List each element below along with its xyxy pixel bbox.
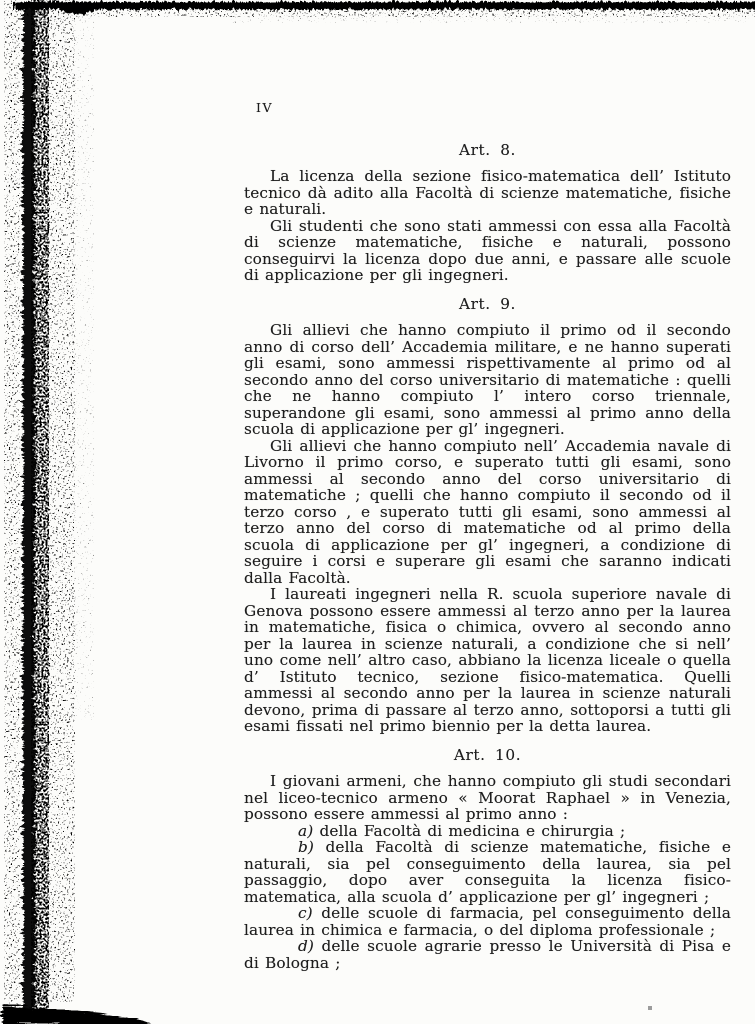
page-text-block: IV Art. 8. La licenza della sezione fisi… — [244, 100, 731, 971]
list-text-d: delle scuole agrarie presso le Universit… — [244, 937, 731, 972]
article-8: Art. 8. La licenza della sezione fisico-… — [244, 142, 731, 284]
list-text-b: della Facoltà di scienze matematiche, fi… — [244, 838, 731, 906]
list-item-a: a) della Facoltà di medicina e chirurgia… — [244, 823, 731, 840]
list-item-d: d) delle scuole agrarie presso le Univer… — [244, 938, 731, 971]
page-number: IV — [256, 100, 731, 117]
article-8-paragraph-2: Gli studenti che sono stati ammessi con … — [244, 218, 731, 284]
article-8-heading: Art. 8. — [244, 142, 731, 159]
list-item-c: c) delle scuole di farmacia, pel consegu… — [244, 905, 731, 938]
list-text-a: della Facoltà di medicina e chirurgia ; — [319, 822, 625, 840]
article-9-paragraph-3: I laureati ingegneri nella R. scuola sup… — [244, 586, 731, 735]
scanned-book-page: { "page": { "page_number": "IV", "paper_… — [0, 0, 755, 1024]
list-marker-b: b) — [298, 838, 314, 856]
list-marker-d: d) — [298, 937, 314, 955]
article-9-paragraph-1: Gli allievi che hanno compiuto il primo … — [244, 322, 731, 438]
list-marker-a: a) — [298, 822, 313, 840]
article-8-paragraph-1: La licenza della sezione fisico-matemati… — [244, 168, 731, 218]
bottom-left-scan-blob — [0, 1003, 152, 1024]
list-text-c: delle scuole di farmacia, pel conseguime… — [244, 904, 731, 939]
list-marker-c: c) — [298, 904, 313, 922]
list-item-b: b) della Facoltà di scienze matematiche,… — [244, 839, 731, 905]
article-10-heading: Art. 10. — [244, 747, 731, 764]
article-10-paragraph-1: I giovani armeni, che hanno compiuto gli… — [244, 773, 731, 823]
article-9-paragraph-2: Gli allievi che hanno compiuto nell’ Acc… — [244, 438, 731, 587]
top-scan-edge — [10, 0, 755, 23]
article-10: Art. 10. I giovani armeni, che hanno com… — [244, 747, 731, 972]
article-9-heading: Art. 9. — [244, 296, 731, 313]
binding-gutter-shadow — [4, 0, 94, 1012]
scan-speck — [648, 1006, 652, 1010]
article-9: Art. 9. Gli allievi che hanno compiuto i… — [244, 296, 731, 735]
